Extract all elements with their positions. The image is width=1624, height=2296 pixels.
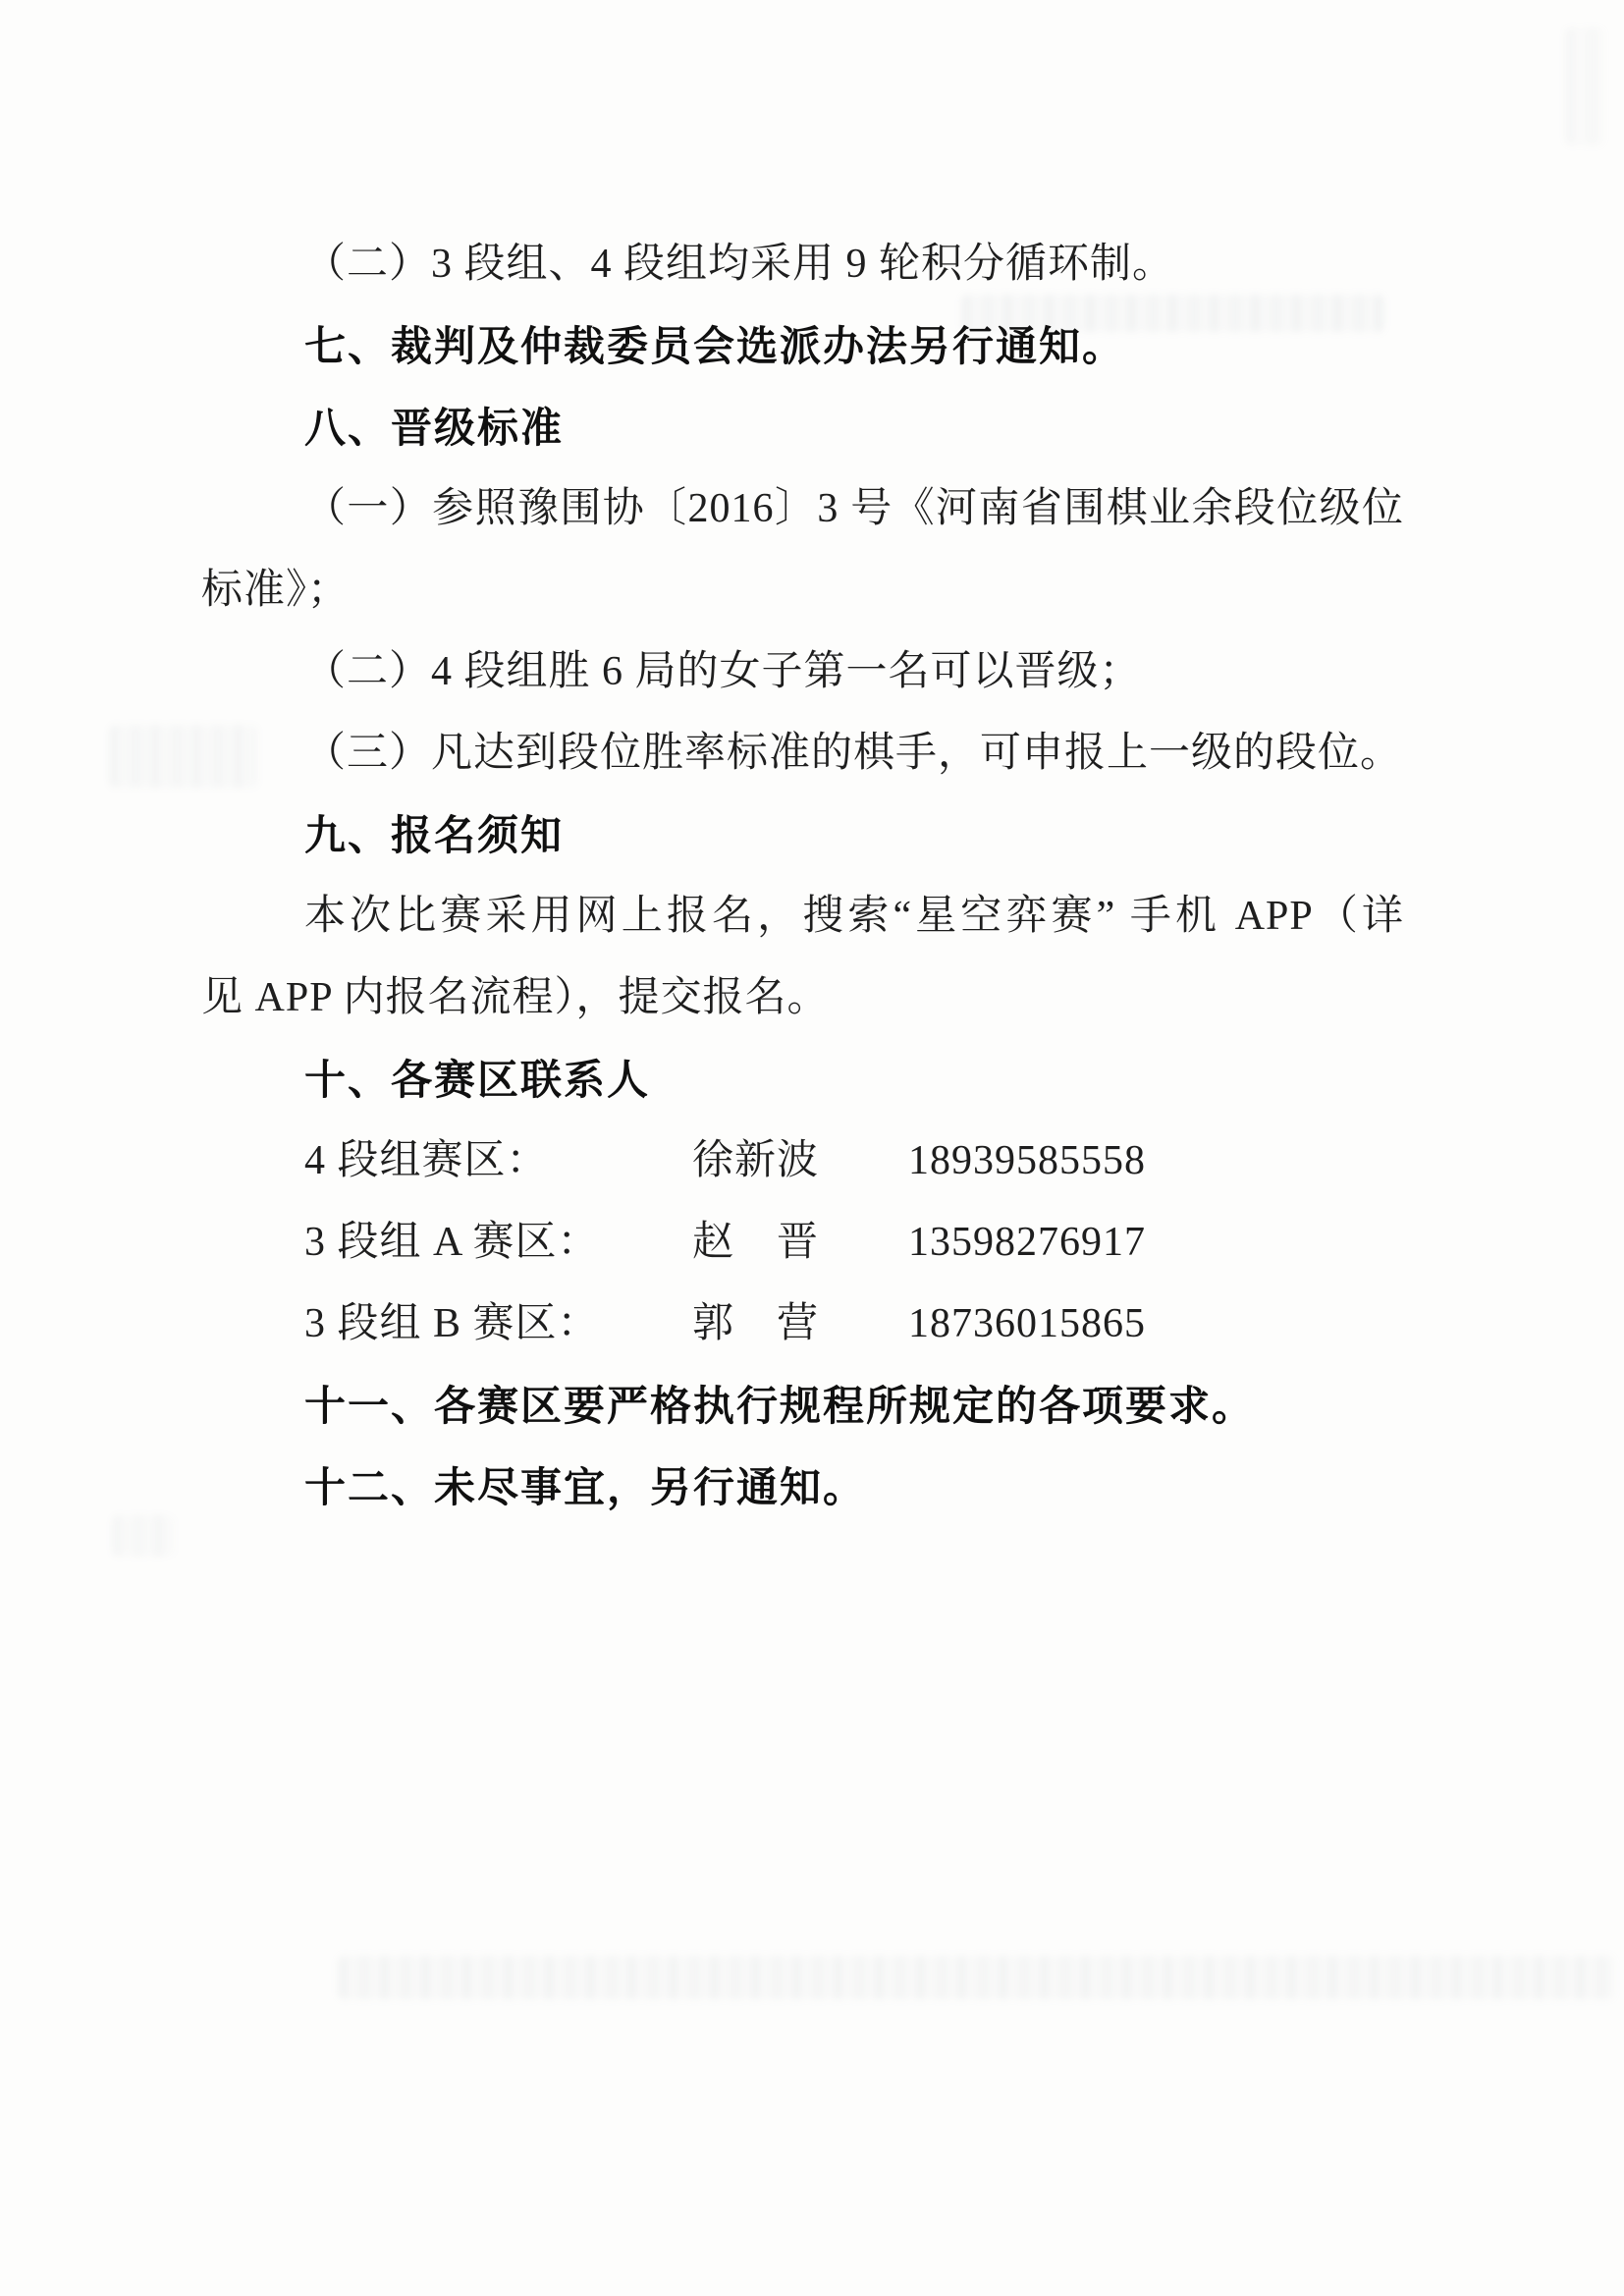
clause-8-1-line-2: 标准》；: [201, 550, 1404, 631]
contact-phone-number: 18939585558: [908, 1121, 1146, 1202]
contact-person-name: 赵 晋: [692, 1202, 819, 1284]
contact-person-name: 郭 营: [692, 1284, 819, 1365]
document-body: （二）3 段组、4 段组均采用 9 轮积分循环制。 七、裁判及仲裁委员会选派办法…: [201, 224, 1404, 1528]
contact-region-label: 3 段组 B 赛区：: [304, 1284, 600, 1365]
bleed-through-artifact: [113, 1515, 174, 1557]
contact-row-dan3-b: 3 段组 B 赛区： 郭 营 18736015865: [201, 1284, 1404, 1365]
contact-phone-number: 13598276917: [908, 1202, 1146, 1284]
clause-6-2: （二）3 段组、4 段组均采用 9 轮积分循环制。: [304, 224, 1404, 305]
heading-item-10-contacts: 十、各赛区联系人: [304, 1039, 1404, 1121]
bleed-through-artifact: [1566, 27, 1605, 145]
heading-item-9-registration-notice: 九、报名须知: [304, 794, 1404, 876]
contact-person-name: 徐新波: [692, 1121, 819, 1202]
heading-item-8-promotion-standard: 八、晋级标准: [304, 387, 1404, 468]
contact-region-label: 4 段组赛区：: [304, 1121, 549, 1202]
heading-item-11: 十一、各赛区要严格执行规程所规定的各项要求。: [304, 1365, 1404, 1447]
scanned-document-page: （二）3 段组、4 段组均采用 9 轮积分循环制。 七、裁判及仲裁委员会选派办法…: [0, 0, 1624, 2296]
registration-paragraph-line-1: 本次比赛采用网上报名，搜索“星空弈赛” 手机 APP（详: [304, 876, 1404, 957]
contact-region-label: 3 段组 A 赛区：: [304, 1202, 600, 1284]
clause-8-2: （二）4 段组胜 6 局的女子第一名可以晋级；: [304, 631, 1404, 713]
clause-8-1-line-1: （一）参照豫围协〔2016〕3 号《河南省围棋业余段位级位: [304, 468, 1404, 550]
bleed-through-artifact: [339, 1956, 1615, 1999]
registration-paragraph-line-2: 见 APP 内报名流程），提交报名。: [201, 957, 1404, 1039]
heading-item-7: 七、裁判及仲裁委员会选派办法另行通知。: [304, 305, 1404, 387]
contact-row-dan4: 4 段组赛区： 徐新波 18939585558: [201, 1121, 1404, 1202]
heading-item-12: 十二、未尽事宜，另行通知。: [304, 1447, 1404, 1528]
contact-row-dan3-a: 3 段组 A 赛区： 赵 晋 13598276917: [201, 1202, 1404, 1284]
clause-8-3: （三）凡达到段位胜率标准的棋手，可申报上一级的段位。: [304, 713, 1404, 794]
contact-phone-number: 18736015865: [908, 1284, 1146, 1365]
